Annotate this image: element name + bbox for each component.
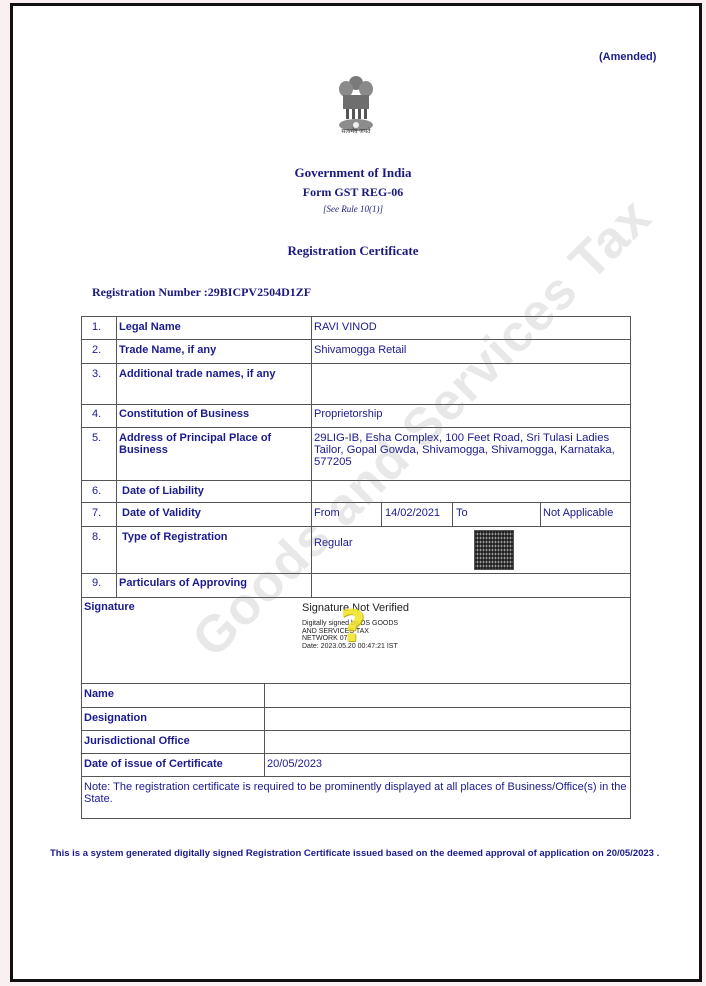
validity-to-label: To — [456, 507, 468, 519]
validity-to-value: Not Applicable — [543, 507, 613, 519]
issue-date-value: 20/05/2023 — [267, 758, 322, 770]
row-label: Type of Registration — [122, 531, 228, 543]
form-title: Form GST REG-06 — [0, 185, 706, 200]
row-label: Constitution of Business — [119, 408, 249, 420]
emblem-caption: सत्यमेव जयते — [330, 127, 382, 135]
issue-date-label: Date of issue of Certificate — [84, 758, 223, 770]
row-number: 3. — [92, 368, 101, 380]
legal-name-value: RAVI VINOD — [314, 321, 377, 333]
officer-name-label: Name — [84, 688, 114, 700]
address-value: 29LIG-IB, Esha Complex, 100 Feet Road, S… — [314, 432, 628, 468]
registration-type-value: Regular — [314, 537, 353, 549]
row-label: Trade Name, if any — [119, 344, 216, 356]
qr-code-icon — [474, 530, 514, 570]
designation-label: Designation — [84, 712, 147, 724]
row-label: Particulars of Approving — [119, 577, 247, 589]
government-title: Government of India — [0, 165, 706, 181]
row-number: 7. — [92, 507, 101, 519]
amended-label: (Amended) — [599, 51, 656, 63]
display-note: Note: The registration certificate is re… — [84, 781, 629, 805]
row-number: 9. — [92, 577, 101, 589]
registration-number: Registration Number :29BICPV2504D1ZF — [92, 285, 311, 300]
row-number: 1. — [92, 321, 101, 333]
validity-from-value: 14/02/2021 — [385, 507, 440, 519]
row-number: 6. — [92, 485, 101, 497]
row-number: 5. — [92, 432, 101, 444]
trade-name-value: Shivamogga Retail — [314, 344, 406, 356]
row-label: Date of Validity — [122, 507, 201, 519]
row-label: Legal Name — [119, 321, 181, 333]
row-label: Date of Liability — [122, 485, 204, 497]
system-generated-note: This is a system generated digitally sig… — [50, 846, 660, 861]
validity-from-label: From — [314, 507, 340, 519]
row-number: 4. — [92, 408, 101, 420]
row-number: 2. — [92, 344, 101, 356]
row-label: Additional trade names, if any — [119, 368, 275, 380]
constitution-value: Proprietorship — [314, 408, 382, 420]
certificate-page — [10, 3, 702, 982]
jurisdictional-office-label: Jurisdictional Office — [84, 735, 190, 747]
rule-reference: [See Rule 10(1)] — [0, 204, 706, 214]
signature-label: Signature — [84, 601, 135, 613]
row-number: 8. — [92, 531, 101, 543]
certificate-title: Registration Certificate — [0, 243, 706, 259]
row-label: Address of Principal Place of Business — [119, 432, 304, 456]
signature-unverified-question-icon[interactable]: ? — [340, 605, 366, 649]
